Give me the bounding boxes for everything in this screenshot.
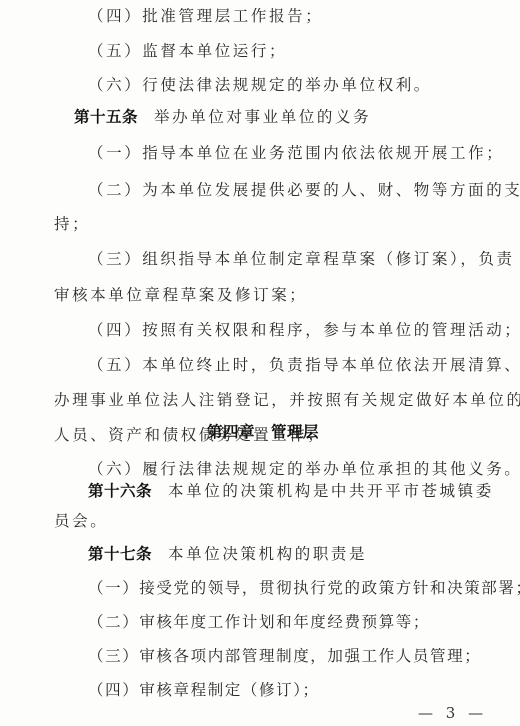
article14-item-6: （六）行使法律法规规定的举办单位权利。 xyxy=(88,75,432,95)
article15-heading: 第十五条举办单位对事业单位的义务 xyxy=(74,107,371,127)
article17-line: （一）接受党的领导，贯彻执行党的政策方针和决策部署； xyxy=(88,578,520,598)
article15-title: 举办单位对事业单位的义务 xyxy=(154,108,371,126)
article16-label: 第十六条 xyxy=(88,482,152,500)
article16-text: 本单位的决策机构是中共开平市苍城镇委 xyxy=(168,482,494,500)
chapter-title: 第四章 管理层 xyxy=(207,422,319,442)
article15-line: 持； xyxy=(54,214,90,234)
article16-line1: 第十六条本单位的决策机构是中共开平市苍城镇委 xyxy=(88,481,494,501)
article17-heading: 第十七条本单位决策机构的职责是 xyxy=(88,544,367,564)
article17-line: （三）审核各项内部管理制度，加强工作人员管理； xyxy=(88,646,481,666)
article15-line: （四）按照有关权限和程序，参与本单位的管理活动； xyxy=(88,320,520,340)
article16-line2: 员会。 xyxy=(54,511,108,531)
article14-item-5: （五）监督本单位运行； xyxy=(88,41,287,61)
article17-line: （四）审核章程制定（修订）； xyxy=(88,680,320,700)
document-page: （四）批准管理层工作报告； （五）监督本单位运行； （六）行使法律法规规定的举办… xyxy=(0,0,520,726)
article15-line: （二）为本单位发展提供必要的人、财、物等方面的支 xyxy=(88,180,520,200)
article15-label: 第十五条 xyxy=(74,108,138,126)
article17-line: （二）审核年度工作计划和年度经费预算等； xyxy=(88,612,430,632)
article14-item-4: （四）批准管理层工作报告； xyxy=(88,6,323,26)
article17-label: 第十七条 xyxy=(88,545,152,563)
article15-line: （六）履行法律法规规定的举办单位承担的其他义务。 xyxy=(88,459,520,479)
article17-title: 本单位决策机构的职责是 xyxy=(168,545,367,563)
article15-line: （三）组织指导本单位制定章程草案（修订案），负责 xyxy=(88,249,515,269)
article15-line: （一）指导本单位在业务范围内依法依规开展工作； xyxy=(88,143,504,163)
page-number: — 3 — xyxy=(418,704,487,722)
article15-line: 审核本单位章程草案及修订案； xyxy=(54,285,307,305)
article15-line: 办理事业单位法人注销登记，并按照有关规定做好本单位的 xyxy=(54,390,520,410)
article15-line: （五）本单位终止时，负责指导本单位依法开展清算、 xyxy=(88,355,520,375)
